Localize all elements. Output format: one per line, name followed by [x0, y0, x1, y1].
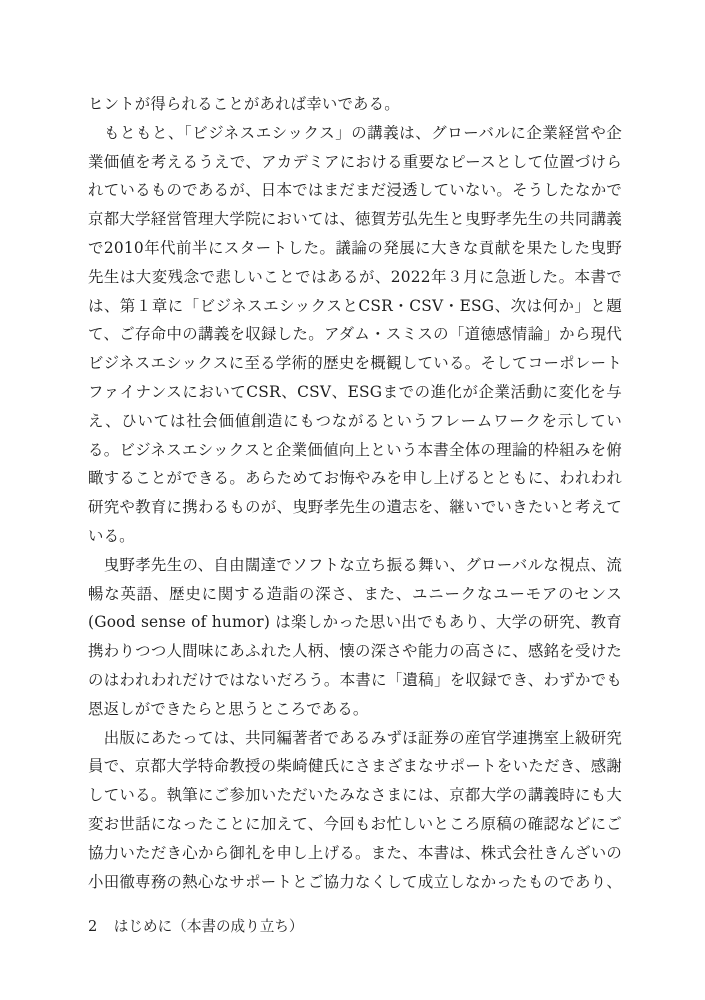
text-line: る。ビジネスエシックスと企業価値向上という本書全体の理論的枠組みを俯 [88, 436, 622, 465]
text-line: 出版にあたっては、共同編著者であるみずほ証券の産官学連携室上級研究 [88, 724, 622, 753]
text-line: ビジネスエシックスに至る学術的歴史を概観している。そしてコーポレート [88, 349, 622, 378]
text-line: ファイナンスにおいてCSR、CSV、ESGまでの進化が企業活動に変化を与 [88, 378, 622, 407]
text-line: 員で、京都大学特命教授の柴崎健氏にさまざまなサポートをいただき、感謝 [88, 752, 622, 781]
text-line: もともと、「ビジネスエシックス」の講義は、グローバルに企業経営や企 [88, 119, 622, 148]
text-line: (Good sense of humor) は楽しかった思い出でもあり、大学の研… [88, 608, 622, 637]
page-footer: 2 はじめに（本書の成り立ち） [88, 915, 304, 936]
text-line: ヒントが得られることがあれば幸いである。 [88, 90, 622, 119]
text-line: え、ひいては社会価値創造にもつながるというフレームワークを示してい [88, 407, 622, 436]
text-line: 先生は大変残念で悲しいことではあるが、2022年３月に急逝した。本書で [88, 263, 622, 292]
book-page: ヒントが得られることがあれば幸いである。 もともと、「ビジネスエシックス」の講義… [0, 0, 705, 1000]
footer-section-title: はじめに（本書の成り立ち） [114, 915, 304, 936]
text-line: いる。 [88, 522, 622, 551]
text-line: 協力いただき心から御礼を申し上げる。また、本書は、株式会社きんざいの [88, 839, 622, 868]
text-line: 変お世話になったことに加えて、今回もお忙しいところ原稿の確認などにご [88, 810, 622, 839]
text-line: は、第１章に「ビジネスエシックスとCSR・CSV・ESG、次は何か」と題し [88, 292, 622, 321]
text-line: 業価値を考えるうえで、アカデミアにおける重要なピースとして位置づけら [88, 148, 622, 177]
text-line: 携わりつつ人間味にあふれた人柄、懐の深さや能力の高さに、感銘を受けた [88, 637, 622, 666]
text-line: 研究や教育に携わるものが、曳野孝先生の遺志を、継いでいきたいと考えて [88, 493, 622, 522]
text-line: のはわれわれだけではないだろう。本書に「遺稿」を収録でき、わずかでも [88, 666, 622, 695]
page-number: 2 [88, 918, 98, 935]
text-line: 京都大学経営管理大学院においては、徳賀芳弘先生と曳野孝先生の共同講義 [88, 205, 622, 234]
body-text: ヒントが得られることがあれば幸いである。 もともと、「ビジネスエシックス」の講義… [88, 90, 622, 896]
text-line: 小田徹専務の熱心なサポートとご協力なくして成立しなかったものであり、 [88, 868, 622, 897]
text-line: している。執筆にご参加いただいたみなさまには、京都大学の講義時にも大 [88, 781, 622, 810]
text-line: 恩返しができたらと思うところである。 [88, 695, 622, 724]
text-line: で2010年代前半にスタートした。議論の発展に大きな貢献を果たした曳野孝 [88, 234, 622, 263]
text-line: 暢な英語、歴史に関する造詣の深さ、また、ユニークなユーモアのセンス [88, 580, 622, 609]
text-line: て、ご存命中の講義を収録した。アダム・スミスの「道徳感情論」から現代 [88, 320, 622, 349]
text-line: 瞰することができる。あらためてお悔やみを申し上げるとともに、われわれ [88, 464, 622, 493]
text-line: れているものであるが、日本ではまだまだ浸透していない。そうしたなかで [88, 176, 622, 205]
text-line: 曳野孝先生の、自由闊達でソフトな立ち振る舞い、グローバルな視点、流 [88, 551, 622, 580]
